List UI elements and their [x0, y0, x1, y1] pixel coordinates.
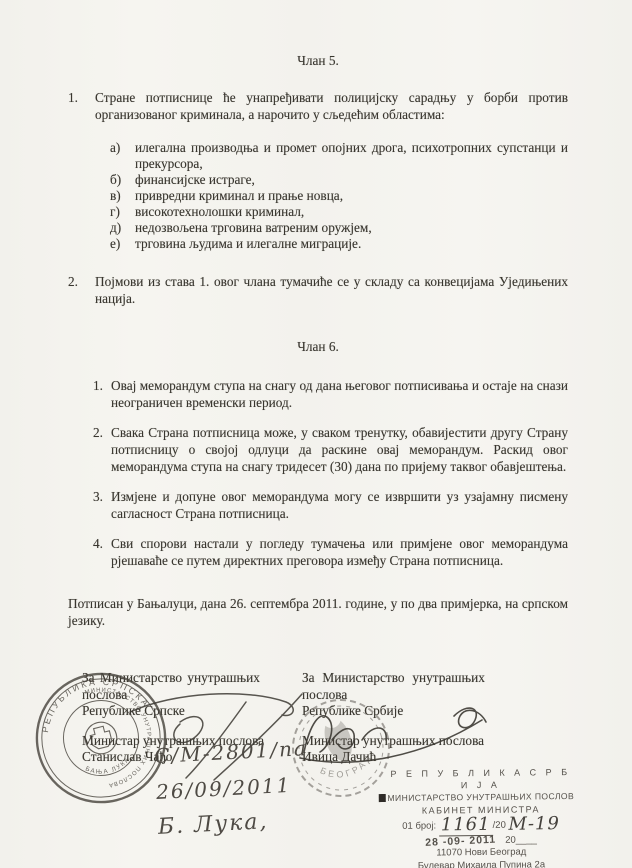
sublist-item-v: в) привредни криминал и прање новца,	[110, 188, 568, 204]
rect-stamp-date-line: 28 -09- 2011 20____	[385, 833, 577, 847]
list-number: 1.	[68, 89, 95, 123]
list-text: високотехнолошки криминал,	[135, 204, 568, 220]
ref-suffix: /20	[493, 820, 506, 831]
list-number: 2.	[93, 424, 111, 475]
list-number: 1.	[93, 377, 111, 411]
handwritten-ref-suffix: М-19	[508, 813, 560, 835]
list-number: 2.	[68, 273, 95, 307]
year-blank: 20____	[505, 834, 537, 845]
signature-ivica-dacic-icon	[296, 694, 501, 774]
rect-stamp-country: Р Е П У Б Л И К А С Р Б И Ј А	[384, 767, 576, 792]
scanned-memorandum-page: Члан 5. 1. Стране потписнице ће унапређи…	[0, 0, 632, 868]
document-body: Члан 5. 1. Стране потписнице ће унапређи…	[68, 0, 568, 766]
article5-sublist: а) илегална производња и промет опојних …	[110, 140, 568, 252]
sublist-item-b: б) финансијске истраге,	[110, 172, 568, 188]
list-text: привредни криминал и прање новца,	[135, 188, 568, 204]
list-text: Свака Страна потписница може, у сваком т…	[111, 424, 568, 475]
list-text: Овај меморандум ступа на снагу од дана њ…	[111, 377, 568, 411]
article6-item-2: 2. Свака Страна потписница може, у свако…	[93, 424, 568, 475]
list-text: Сви спорови настали у погледу тумачења и…	[111, 535, 568, 569]
list-letter: д)	[110, 220, 135, 236]
article6-item-4: 4. Сви спорови настали у погледу тумачењ…	[93, 535, 568, 569]
list-letter: е)	[110, 236, 135, 252]
article6-title: Члан 6.	[68, 338, 568, 355]
rect-stamp-ministry: МИНИСТАРСТВО УНУТРАШЊИХ ПОСЛОВ	[385, 791, 577, 805]
list-letter: в)	[110, 188, 135, 204]
list-text: трговина људима и илегалне миграције.	[135, 236, 568, 252]
list-text: финансијске истраге,	[135, 172, 568, 188]
list-letter: б)	[110, 172, 135, 188]
sublist-item-d: д) недозвољена трговина ватреним оружјем…	[110, 220, 568, 236]
rect-stamp-ref-line: 01 број: 1161/20 М-19	[385, 816, 577, 833]
list-number: 4.	[93, 535, 111, 569]
article6-item-3: 3. Измјене и допуне овог меморандума мог…	[93, 488, 568, 522]
article5-item-2: 2. Појмови из става 1. овог члана тумачи…	[68, 273, 568, 307]
article5-item-1: 1. Стране потписнице ће унапређивати пол…	[68, 89, 568, 123]
ref-prefix: 01 број:	[402, 820, 436, 831]
list-text: Појмови из става 1. овог члана тумачиће …	[95, 273, 568, 307]
list-letter: а)	[110, 140, 135, 172]
list-number: 3.	[93, 488, 111, 522]
closing-paragraph: Потписан у Бањалуци, дана 26. септембра …	[68, 595, 568, 629]
rect-stamp-republika-srbija: Р Е П У Б Л И К А С Р Б И Ј А МИНИСТАРСТ…	[384, 767, 577, 868]
sublist-item-g: г) високотехнолошки криминал,	[110, 204, 568, 220]
article5-title: Члан 5.	[68, 52, 568, 69]
list-text: Измјене и допуне овог меморандума могу с…	[111, 488, 568, 522]
rect-stamp-city: 11070 Нови Београд	[385, 846, 577, 860]
sublist-item-e: е) трговина људима и илегалне миграције.	[110, 236, 568, 252]
rect-stamp-street: Булевар Михаила Пупина 2а	[385, 858, 577, 868]
handwritten-ref-number: 1161	[439, 814, 493, 837]
list-text: илегална производња и промет опојних дро…	[135, 140, 568, 172]
list-text: недозвољена трговина ватреним оружјем,	[135, 220, 568, 236]
list-text: Стране потписнице ће унапређивати полици…	[95, 89, 568, 123]
article6-item-1: 1. Овај меморандум ступа на снагу од дан…	[93, 377, 568, 411]
list-letter: г)	[110, 204, 135, 220]
sublist-item-a: а) илегална производња и промет опојних …	[110, 140, 568, 172]
